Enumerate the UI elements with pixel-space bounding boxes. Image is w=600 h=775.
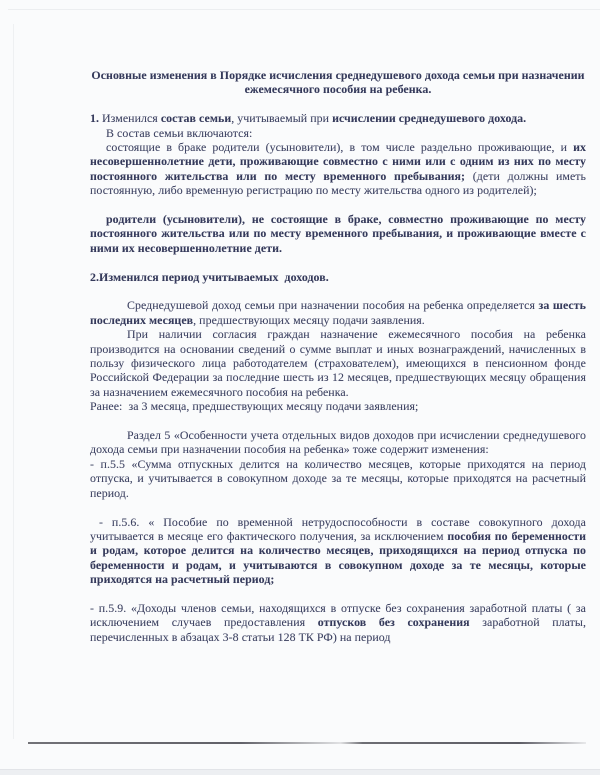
section-5-intro: Раздел 5 «Особенности учета отдельных ви… [90, 428, 586, 457]
text-run: При наличии согласия граждан назначение … [90, 327, 589, 399]
scan-artifact-line [28, 742, 586, 744]
scanned-page: Основные изменения в Порядке исчисления … [0, 0, 600, 775]
text-run: Основные изменения в Порядке исчисления … [91, 68, 587, 96]
text-run: Изменился [102, 111, 161, 125]
section-2-heading: 2.Изменился период учитываемых доходов. [90, 270, 586, 284]
text-run: отпусков без сохранения [318, 615, 483, 629]
income-period-paragraph: Среднедушевой доход семьи при назначении… [90, 298, 586, 327]
family-item-unmarried-parents: родители (усыновители), не состоящие в б… [90, 212, 586, 255]
pension-fund-paragraph: При наличии согласия граждан назначение … [90, 327, 586, 399]
text-run: Среднедушевой доход семьи при назначении… [127, 298, 539, 312]
text-run: 2.Изменился период учитываемых доходов. [90, 270, 329, 284]
text-run: - п.5.5 «Сумма отпускных делится на коли… [90, 457, 589, 500]
text-run: родители (усыновители), не состоящие в б… [90, 212, 589, 255]
text-run: состав семьи [161, 111, 231, 125]
clause-5-9: - п.5.9. «Доходы членов семьи, находящих… [90, 601, 586, 644]
document-body: Основные изменения в Порядке исчисления … [90, 68, 586, 644]
scan-edge-left [13, 24, 14, 739]
document-title: Основные изменения в Порядке исчисления … [90, 68, 586, 97]
scan-edge-bottom [0, 769, 600, 775]
text-run: Ранее: за 3 месяца, предшествующих месяц… [90, 399, 418, 413]
previous-rule-note: Ранее: за 3 месяца, предшествующих месяц… [90, 399, 586, 413]
clause-5-6: - п.5.6. « Пособие по временной нетрудос… [90, 515, 586, 587]
family-item-married-parents: состоящие в браке родители (усыновители)… [90, 140, 586, 198]
family-list-intro: В состав семьи включаются: [90, 126, 586, 140]
text-run: , предшествующих месяцу подачи заявления… [193, 313, 425, 327]
section-1-heading: 1. Изменился состав семьи, учитываемый п… [90, 111, 586, 125]
text-run: В состав семьи включаются: [106, 126, 252, 140]
text-run: исчислении среднедушевого дохода. [332, 111, 526, 125]
text-run: Раздел 5 «Особенности учета отдельных ви… [90, 428, 589, 456]
scan-edge-top [8, 9, 600, 10]
text-run: , учитываемый при [231, 111, 332, 125]
clause-5-5: - п.5.5 «Сумма отпускных делится на коли… [90, 457, 586, 500]
text-run: 1. [90, 111, 102, 125]
text-run: состоящие в браке родители (усыновители)… [106, 140, 573, 154]
